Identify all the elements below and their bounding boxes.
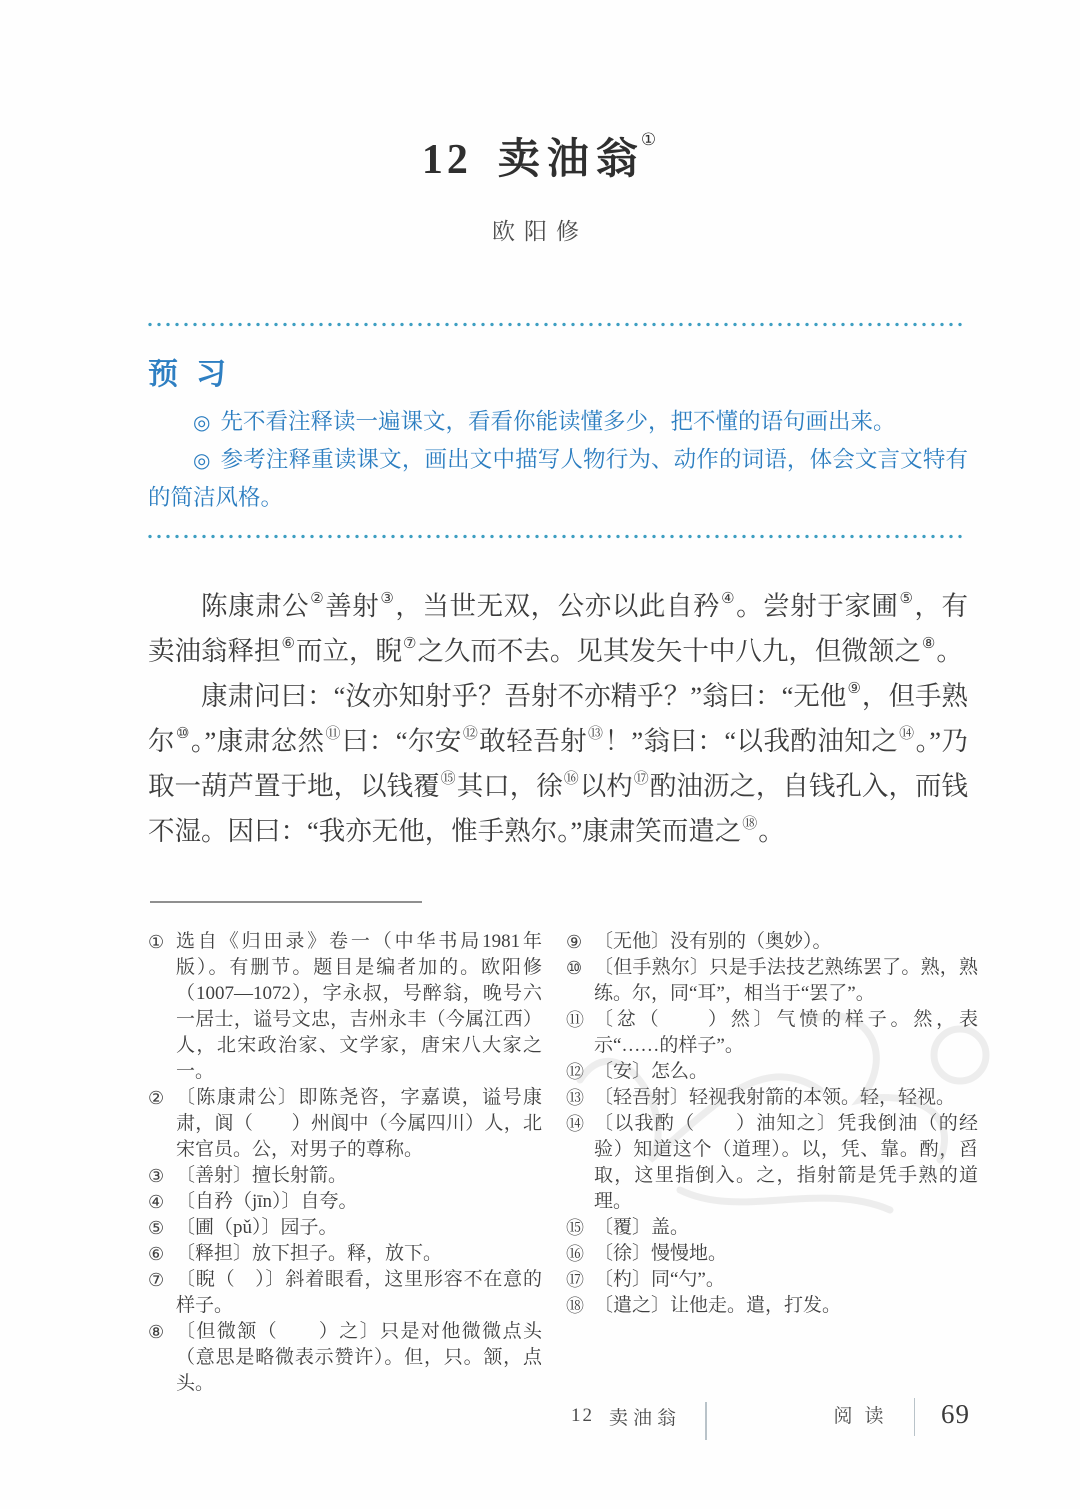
- footer-lesson-label: 12 卖油翁: [571, 1392, 707, 1440]
- footnote-number: ③: [148, 1163, 176, 1189]
- footer-page-label: 阅读 69: [833, 1392, 970, 1436]
- footnote-text: 〔覆〕盖。: [594, 1215, 978, 1241]
- footnote-columns: ①选自《归田录》卷一（中华书局1981年版）。有删节。题目是编者加的。欧阳修（1…: [148, 929, 978, 1397]
- footnote-text: 〔忿（ ）然〕气愤的样子。然，表示“……的样子”。: [594, 1007, 978, 1059]
- note-ref: ⑬: [588, 726, 603, 742]
- footnote-number: ④: [148, 1189, 176, 1215]
- author-name: 欧阳修: [0, 213, 1080, 246]
- footnote-number: ⑥: [148, 1241, 176, 1267]
- bullet-icon: ◎: [193, 448, 211, 472]
- footnote-item: ⑰〔杓〕同“勺”。: [566, 1267, 978, 1293]
- preview-heading: 预习: [148, 349, 968, 393]
- textbook-page: 12卖油翁① 欧阳修 预习 ◎先不看注释读一遍课文，看看你能读懂多少，把不懂的语…: [0, 0, 1080, 1509]
- lesson-title: 12卖油翁①: [0, 126, 1080, 186]
- note-ref: ②: [310, 591, 324, 607]
- footnote-text: 〔轻吾射〕轻视我射箭的本领。轻，轻视。: [594, 1085, 978, 1111]
- footnotes-section: ①选自《归田录》卷一（中华书局1981年版）。有删节。题目是编者加的。欧阳修（1…: [148, 901, 978, 1397]
- footnote-number: ⑬: [566, 1085, 594, 1111]
- footnote-text: 〔徐〕慢慢地。: [594, 1241, 978, 1267]
- note-ref: ⑥: [282, 636, 295, 652]
- footnote-text: 〔圃（pǔ）〕园子。: [176, 1215, 542, 1241]
- footnote-item: ⑨〔无他〕没有别的（奥妙）。: [566, 929, 978, 955]
- footnote-item: ①选自《归田录》卷一（中华书局1981年版）。有删节。题目是编者加的。欧阳修（1…: [148, 929, 542, 1085]
- footnote-text: 〔杓〕同“勺”。: [594, 1267, 978, 1293]
- footnote-item: ⑥〔释担〕放下担子。释，放下。: [148, 1241, 542, 1267]
- footer-divider-bar: [705, 1402, 707, 1440]
- footnote-column-right: ⑨〔无他〕没有别的（奥妙）。⑩〔但手熟尔〕只是手法技艺熟练罢了。熟，熟练。尔，同…: [566, 929, 978, 1397]
- note-ref: ③: [380, 591, 394, 607]
- note-ref: ⑫: [463, 726, 478, 742]
- lesson-header: 12卖油翁① 欧阳修: [0, 126, 1080, 246]
- footnote-text: 〔释担〕放下担子。释，放下。: [176, 1241, 542, 1267]
- dotted-divider-bottom: [148, 534, 966, 539]
- footer-lesson-number: 12: [571, 1405, 594, 1427]
- preview-section: 预习 ◎先不看注释读一遍课文，看看你能读懂多少，把不懂的语句画出来。◎参考注释重…: [148, 349, 968, 517]
- lesson-number: 12: [422, 137, 472, 183]
- preview-items: ◎先不看注释读一遍课文，看看你能读懂多少，把不懂的语句画出来。◎参考注释重读课文…: [148, 403, 968, 517]
- footnote-item: ⑪〔忿（ ）然〕气愤的样子。然，表示“……的样子”。: [566, 1007, 978, 1059]
- footnote-number: ⑨: [566, 929, 594, 955]
- note-ref: ⑭: [899, 726, 914, 742]
- dotted-divider-top: [148, 322, 966, 327]
- footnote-item: ⑱〔遣之〕让他走。遣，打发。: [566, 1293, 978, 1319]
- footnote-item: ⑬〔轻吾射〕轻视我射箭的本领。轻，轻视。: [566, 1085, 978, 1111]
- footnote-divider: [150, 901, 422, 903]
- story-paragraph: 康肃问曰：“汝亦知射乎？吾射不亦精乎？”翁曰：“无他⑨，但手熟尔⑩。”康肃忿然⑪…: [148, 674, 968, 854]
- footnote-text: 〔善射〕擅长射箭。: [176, 1163, 542, 1189]
- title-note-ref: ①: [641, 130, 658, 149]
- footnote-item: ⑫〔安〕怎么。: [566, 1059, 978, 1085]
- footnote-number: ⑱: [566, 1293, 594, 1319]
- footnote-number: ⑫: [566, 1059, 594, 1085]
- note-ref: ⑩: [176, 726, 190, 742]
- footer-section-label: 阅读: [833, 1401, 895, 1428]
- footnote-text: 〔安〕怎么。: [594, 1059, 978, 1085]
- footnote-item: ④〔自矜（jīn）〕自夸。: [148, 1189, 542, 1215]
- bullet-icon: ◎: [193, 410, 210, 434]
- footnote-item: ③〔善射〕擅长射箭。: [148, 1163, 542, 1189]
- footnote-number: ⑭: [566, 1111, 594, 1215]
- footnote-number: ①: [148, 929, 176, 1085]
- footnote-text: 〔以我酌（ ）油知之〕凭我倒油（的经验）知道这个（道理）。以，凭、靠。酌，舀取，…: [594, 1111, 978, 1215]
- preview-item: ◎参考注释重读课文，画出文中描写人物行为、动作的词语，体会文言文特有的简洁风格。: [148, 441, 968, 517]
- footnote-text: 〔睨（ ）〕斜着眼看，这里形容不在意的样子。: [176, 1267, 542, 1319]
- footnote-text: 选自《归田录》卷一（中华书局1981年版）。有删节。题目是编者加的。欧阳修（10…: [176, 929, 542, 1085]
- footnote-text: 〔遣之〕让他走。遣，打发。: [594, 1293, 978, 1319]
- footnote-item: ②〔陈康肃公〕即陈尧咨，字嘉谟，谥号康肃，阆（ ）州阆中（今属四川）人，北宋官员…: [148, 1085, 542, 1163]
- footnote-item: ⑯〔徐〕慢慢地。: [566, 1241, 978, 1267]
- footer-page-number: 69: [941, 1399, 970, 1430]
- footnote-text: 〔但微颔（ ）之〕只是对他微微点头（意思是略微表示赞许）。但，只。颔，点头。: [176, 1319, 542, 1397]
- footnote-number: ⑧: [148, 1319, 176, 1397]
- footnote-number: ⑤: [148, 1215, 176, 1241]
- note-ref: ⑱: [742, 816, 757, 832]
- footnote-item: ⑩〔但手熟尔〕只是手法技艺熟练罢了。熟，熟练。尔，同“耳”，相当于“罢了”。: [566, 955, 978, 1007]
- note-ref: ⑮: [441, 771, 456, 787]
- footer-lesson-title: 卖油翁: [609, 1403, 681, 1430]
- note-ref: ⑤: [899, 591, 913, 607]
- note-ref: ④: [721, 591, 735, 607]
- footnote-item: ⑭〔以我酌（ ）油知之〕凭我倒油（的经验）知道这个（道理）。以，凭、靠。酌，舀取…: [566, 1111, 978, 1215]
- page-footer: 12 卖油翁 阅读 69: [0, 1392, 1080, 1436]
- footnote-number: ⑪: [566, 1007, 594, 1059]
- preview-item: ◎先不看注释读一遍课文，看看你能读懂多少，把不懂的语句画出来。: [148, 403, 968, 441]
- footnote-number: ⑩: [566, 955, 594, 1007]
- story-paragraph: 陈康肃公②善射③，当世无双，公亦以此自矜④。尝射于家圃⑤，有卖油翁释担⑥而立，睨…: [148, 584, 968, 674]
- footnote-item: ⑤〔圃（pǔ）〕园子。: [148, 1215, 542, 1241]
- footer-divider-bar: [914, 1398, 916, 1436]
- footnote-number: ⑮: [566, 1215, 594, 1241]
- lesson-title-text: 卖油翁: [498, 137, 645, 183]
- footnote-item: ⑮〔覆〕盖。: [566, 1215, 978, 1241]
- footnote-item: ⑧〔但微颔（ ）之〕只是对他微微点头（意思是略微表示赞许）。但，只。颔，点头。: [148, 1319, 542, 1397]
- footnote-text: 〔陈康肃公〕即陈尧咨，字嘉谟，谥号康肃，阆（ ）州阆中（今属四川）人，北宋官员。…: [176, 1085, 542, 1163]
- footnote-number: ⑰: [566, 1267, 594, 1293]
- footnote-text: 〔无他〕没有别的（奥妙）。: [594, 929, 978, 955]
- footnote-column-left: ①选自《归田录》卷一（中华书局1981年版）。有删节。题目是编者加的。欧阳修（1…: [148, 929, 542, 1397]
- note-ref: ⑪: [325, 726, 340, 742]
- footnote-number: ②: [148, 1085, 176, 1163]
- note-ref: ⑰: [634, 771, 649, 787]
- footnote-text: 〔但手熟尔〕只是手法技艺熟练罢了。熟，熟练。尔，同“耳”，相当于“罢了”。: [594, 955, 978, 1007]
- footnote-item: ⑦〔睨（ ）〕斜着眼看，这里形容不在意的样子。: [148, 1267, 542, 1319]
- note-ref: ⑨: [847, 681, 860, 697]
- footnote-number: ⑯: [566, 1241, 594, 1267]
- note-ref: ⑯: [564, 771, 579, 787]
- note-ref: ⑦: [403, 636, 416, 652]
- story-text: 陈康肃公②善射③，当世无双，公亦以此自矜④。尝射于家圃⑤，有卖油翁释担⑥而立，睨…: [148, 584, 968, 854]
- footnote-number: ⑦: [148, 1267, 176, 1319]
- footnote-text: 〔自矜（jīn）〕自夸。: [176, 1189, 542, 1215]
- note-ref: ⑧: [922, 636, 935, 652]
